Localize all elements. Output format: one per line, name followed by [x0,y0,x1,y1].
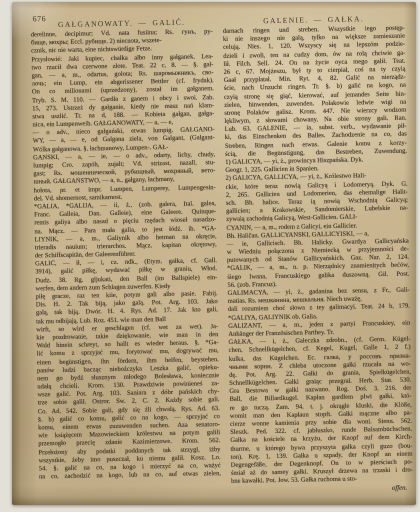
column-right-lines: darnach ringen und streben. Wszystkie ie… [223,25,413,487]
running-header-left: 676 GAŁGANOWATY. — GALIĆ. [30,11,212,26]
page-content: 676 GAŁGANOWATY. — GALIĆ. GALENIE. — GAŁ… [30,8,413,501]
screenshot-root: { "colors": { "paper": "#c9b690", "ink":… [0,0,420,512]
running-header-right: GALENIE. — GAŁKA. [222,8,404,23]
scanned-page: 676 GAŁGANOWATY. — GALIĆ. GALENIE. — GAŁ… [12,2,416,505]
running-head-left-title: GAŁGANOWATY. — GALIĆ. [58,18,185,29]
page-number: 676 [32,14,46,23]
running-head-right-title: GALENIE. — GAŁKA. [263,14,364,25]
column-left: derelinne, decipimur; Vd. nata fusiina; … [31,28,222,498]
running-header: 676 GAŁGANOWATY. — GALIĆ. GALENIE. — GAŁ… [30,8,404,27]
column-right: darnach ringen und streben. Wszystkie ie… [223,25,414,495]
text-columns: derelinne, decipimur; Vd. nata fusiina; … [31,25,413,498]
